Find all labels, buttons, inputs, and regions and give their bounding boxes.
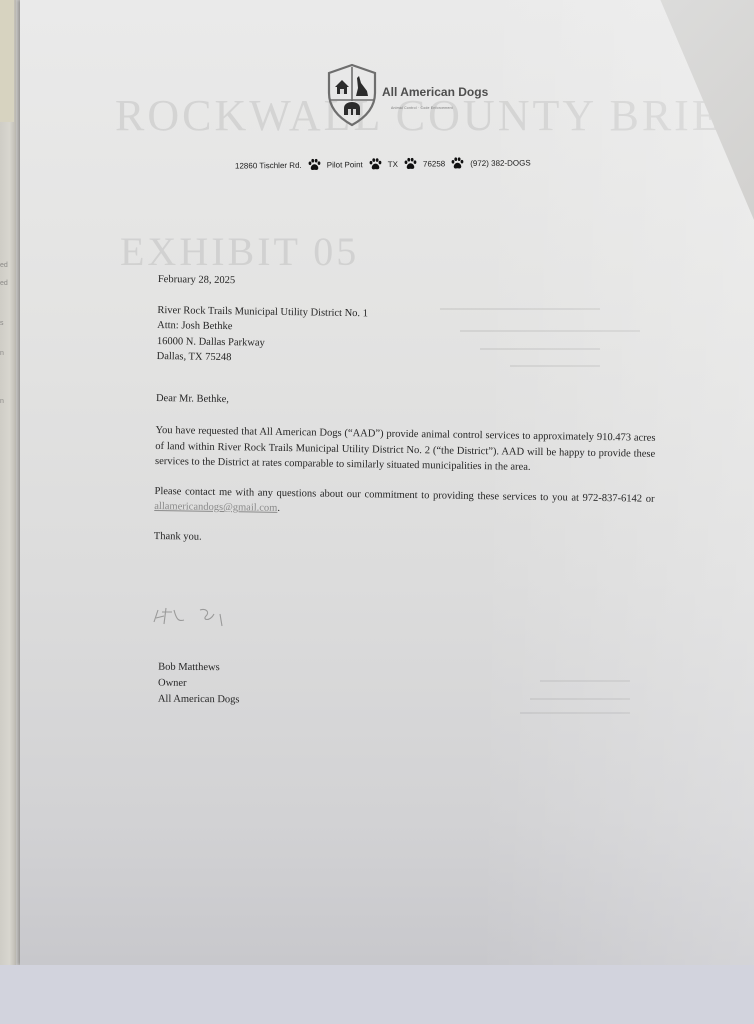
paw-print-icon <box>308 159 321 171</box>
signer-name: Bob Matthews <box>158 660 240 677</box>
ghost-text-fragment: s <box>0 320 4 327</box>
salutation: Dear Mr. Bethke, <box>156 390 656 413</box>
ghost-text-fragment: n <box>0 398 4 405</box>
ghost-line <box>520 712 630 714</box>
body-paragraph: You have requested that All American Dog… <box>155 423 656 477</box>
house-icon <box>335 80 349 94</box>
address-street: 12860 Tischler Rd. <box>235 160 302 170</box>
company-logo: All American Dogs Animal Control · Code … <box>325 63 505 127</box>
underlying-page-edge: ed ed s n n <box>0 0 16 965</box>
address-phone: (972) 382-DOGS <box>470 158 531 168</box>
email-link[interactable]: allamericandogs@gmail.com <box>154 501 277 514</box>
ghost-line <box>530 698 630 700</box>
contact-text-end: . <box>277 503 280 514</box>
handwritten-signature <box>150 600 270 630</box>
signer-title: Owner <box>158 676 240 693</box>
contact-paragraph: Please contact me with any questions abo… <box>154 483 654 522</box>
ghost-text-fragment: ed <box>0 280 8 287</box>
company-tagline: Animal Control · Code Enforcement <box>391 106 453 110</box>
paw-print-icon <box>369 158 382 170</box>
document-photo: ed ed s n n ROCKWALL COUNTY BRIEF EXHIBI… <box>0 0 754 965</box>
signature-block: Bob Matthews Owner All American Dogs <box>158 660 240 709</box>
page-tab <box>0 0 14 122</box>
address-city: Pilot Point <box>327 160 363 169</box>
letter-body: February 28, 2025 River Rock Trails Muni… <box>154 272 658 552</box>
signer-company: All American Dogs <box>158 692 240 709</box>
ghost-line <box>540 680 630 682</box>
shield-icon <box>325 63 379 127</box>
bottom-margin-bar <box>0 965 754 1024</box>
company-name: All American Dogs <box>382 85 488 99</box>
kennel-icon <box>344 102 360 115</box>
ghost-text-fragment: n <box>0 350 4 357</box>
recipient-block: River Rock Trails Municipal Utility Dist… <box>157 302 658 372</box>
address-zip: 76258 <box>423 159 445 168</box>
ghost-text-fragment: ed <box>0 262 8 269</box>
paw-print-icon <box>404 158 417 170</box>
address-state: TX <box>388 159 398 168</box>
paw-print-icon <box>451 157 464 169</box>
ghost-exhibit-label: EXHIBIT 05 <box>120 228 359 275</box>
dog-icon <box>356 76 368 96</box>
